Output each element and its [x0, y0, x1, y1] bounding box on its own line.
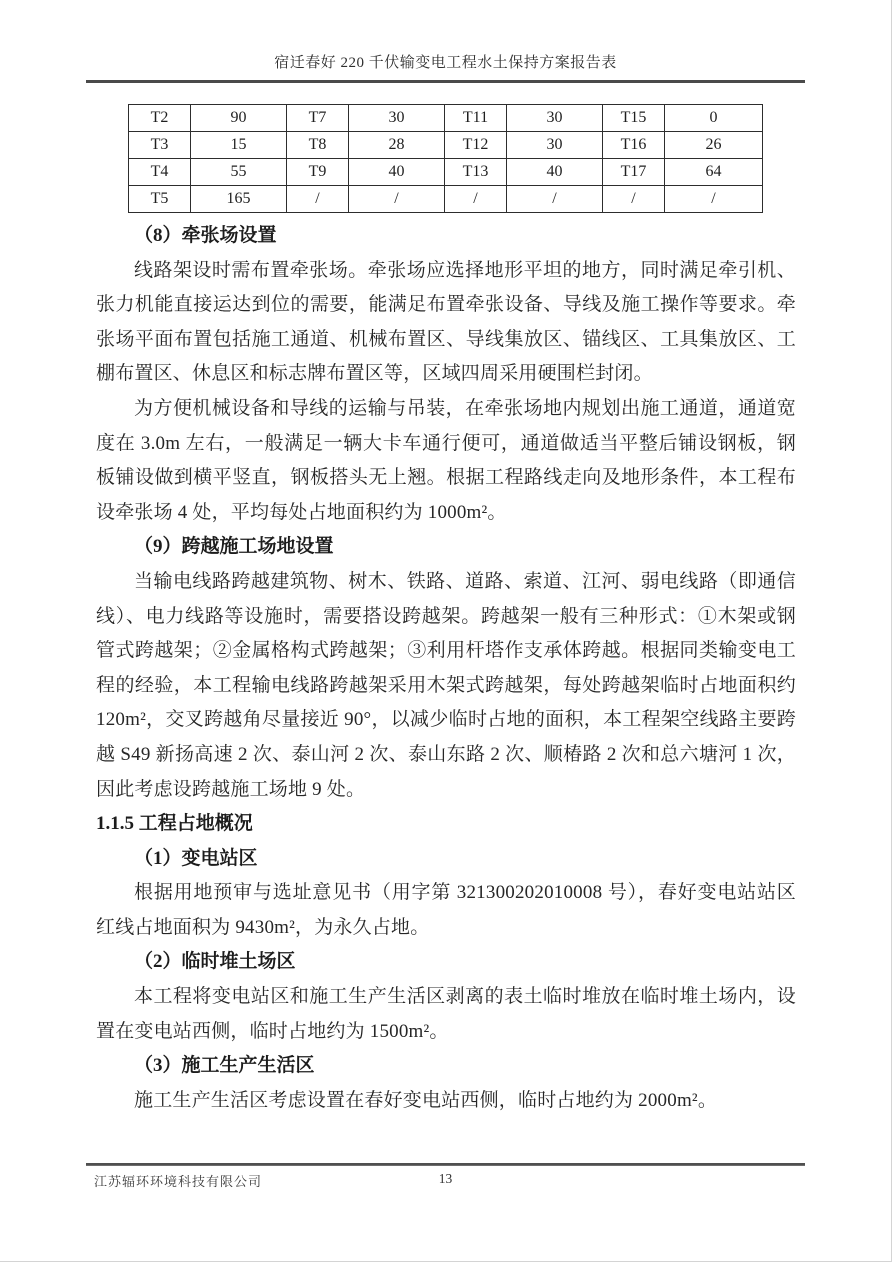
- table-cell: 165: [191, 186, 287, 213]
- table-cell: /: [603, 186, 665, 213]
- table-cell: 28: [349, 132, 445, 159]
- table-row: T5 165 / / / / / /: [129, 186, 763, 213]
- header-rule: [86, 80, 805, 83]
- tower-data-table: T2 90 T7 30 T11 30 T15 0 T3 15 T8 28 T12…: [128, 104, 763, 213]
- section-8-heading: （8）牵张场设置: [96, 219, 796, 254]
- subsection-1-heading: （1）变电站区: [96, 842, 796, 877]
- subsection-1-paragraph: 根据用地预审与选址意见书（用字第 321300202010008 号），春好变电…: [96, 876, 796, 945]
- table-cell: T13: [445, 159, 507, 186]
- table-cell: T12: [445, 132, 507, 159]
- page-header: 宿迁春好 220 千伏输变电工程水土保持方案报告表: [0, 0, 891, 83]
- table-cell: T5: [129, 186, 191, 213]
- table-cell: 40: [507, 159, 603, 186]
- section-9-paragraph-1: 当输电线路跨越建筑物、树木、铁路、道路、索道、江河、弱电线路（即通信线）、电力线…: [96, 565, 796, 807]
- table-cell: T16: [603, 132, 665, 159]
- table-cell: T3: [129, 132, 191, 159]
- table-cell: 30: [507, 105, 603, 132]
- table-cell: 30: [349, 105, 445, 132]
- footer-rule: [86, 1163, 805, 1166]
- table-cell: 0: [665, 105, 763, 132]
- table-cell: T11: [445, 105, 507, 132]
- table-cell: /: [349, 186, 445, 213]
- section-8-paragraph-1: 线路架设时需布置牵张场。牵张场应选择地形平坦的地方，同时满足牵引机、张力机能直接…: [96, 254, 796, 392]
- document-header-title: 宿迁春好 220 千伏输变电工程水土保持方案报告表: [0, 51, 891, 72]
- page-footer: 江苏辐环环境科技有限公司 13: [86, 1163, 805, 1191]
- table-cell: /: [665, 186, 763, 213]
- document-page: 宿迁春好 220 千伏输变电工程水土保持方案报告表 T2 90 T7 30 T1…: [0, 0, 892, 1262]
- table-cell: 40: [349, 159, 445, 186]
- section-9-heading: （9）跨越施工场地设置: [96, 530, 796, 565]
- table-row: T4 55 T9 40 T13 40 T17 64: [129, 159, 763, 186]
- table-cell: T17: [603, 159, 665, 186]
- section-1-1-5-heading: 1.1.5 工程占地概况: [96, 807, 796, 842]
- table-row: T2 90 T7 30 T11 30 T15 0: [129, 105, 763, 132]
- subsection-2-paragraph: 本工程将变电站区和施工生产生活区剥离的表土临时堆放在临时堆土场内，设置在变电站西…: [96, 980, 796, 1049]
- table-cell: 15: [191, 132, 287, 159]
- document-body: （8）牵张场设置 线路架设时需布置牵张场。牵张场应选择地形平坦的地方，同时满足牵…: [96, 219, 796, 1118]
- table-cell: /: [445, 186, 507, 213]
- table-cell: 90: [191, 105, 287, 132]
- section-8-paragraph-2: 为方便机械设备和导线的运输与吊装，在牵张场地内规划出施工通道，通道宽度在 3.0…: [96, 392, 796, 530]
- table-cell: 26: [665, 132, 763, 159]
- table-cell: T7: [287, 105, 349, 132]
- footer-page-number: 13: [86, 1171, 805, 1187]
- table-cell: T4: [129, 159, 191, 186]
- table-cell: 55: [191, 159, 287, 186]
- table-cell: T9: [287, 159, 349, 186]
- table-cell: T2: [129, 105, 191, 132]
- tower-data-table-wrap: T2 90 T7 30 T11 30 T15 0 T3 15 T8 28 T12…: [0, 104, 891, 213]
- subsection-3-paragraph: 施工生产生活区考虑设置在春好变电站西侧，临时占地约为 2000m²。: [96, 1084, 796, 1119]
- table-row: T3 15 T8 28 T12 30 T16 26: [129, 132, 763, 159]
- subsection-2-heading: （2）临时堆土场区: [96, 945, 796, 980]
- footer-row: 江苏辐环环境科技有限公司 13: [86, 1171, 805, 1191]
- table-cell: 30: [507, 132, 603, 159]
- table-cell: 64: [665, 159, 763, 186]
- table-cell: /: [287, 186, 349, 213]
- table-cell: /: [507, 186, 603, 213]
- table-cell: T8: [287, 132, 349, 159]
- subsection-3-heading: （3）施工生产生活区: [96, 1049, 796, 1084]
- table-cell: T15: [603, 105, 665, 132]
